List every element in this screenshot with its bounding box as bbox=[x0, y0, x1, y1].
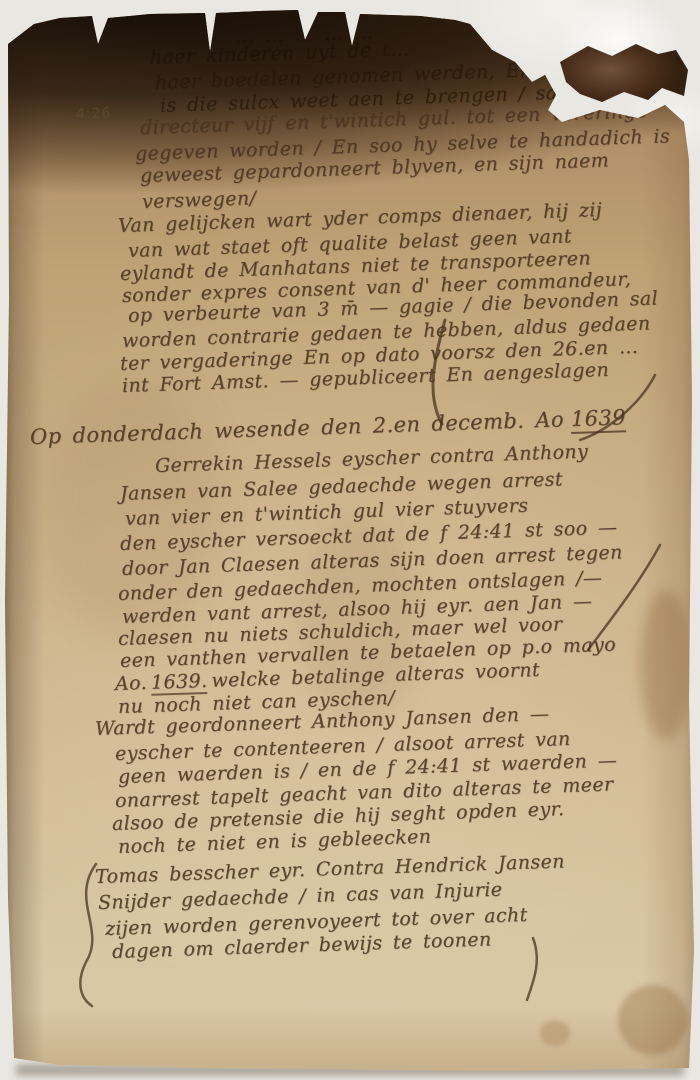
manuscript-line: verswegen/ bbox=[142, 187, 257, 213]
heading-year: 1639 bbox=[570, 405, 626, 434]
manuscript-page: 4:26 … … … … … haer kinderen uyt de t… h… bbox=[0, 0, 700, 1080]
archival-margin-number: 4:26 bbox=[76, 105, 112, 122]
line-text: Ao. bbox=[115, 672, 148, 695]
underlined-year: 1639. bbox=[151, 670, 208, 696]
scanned-manuscript-screenshot: { "colors": { "background": "#e9e7e2", "… bbox=[0, 0, 700, 1080]
